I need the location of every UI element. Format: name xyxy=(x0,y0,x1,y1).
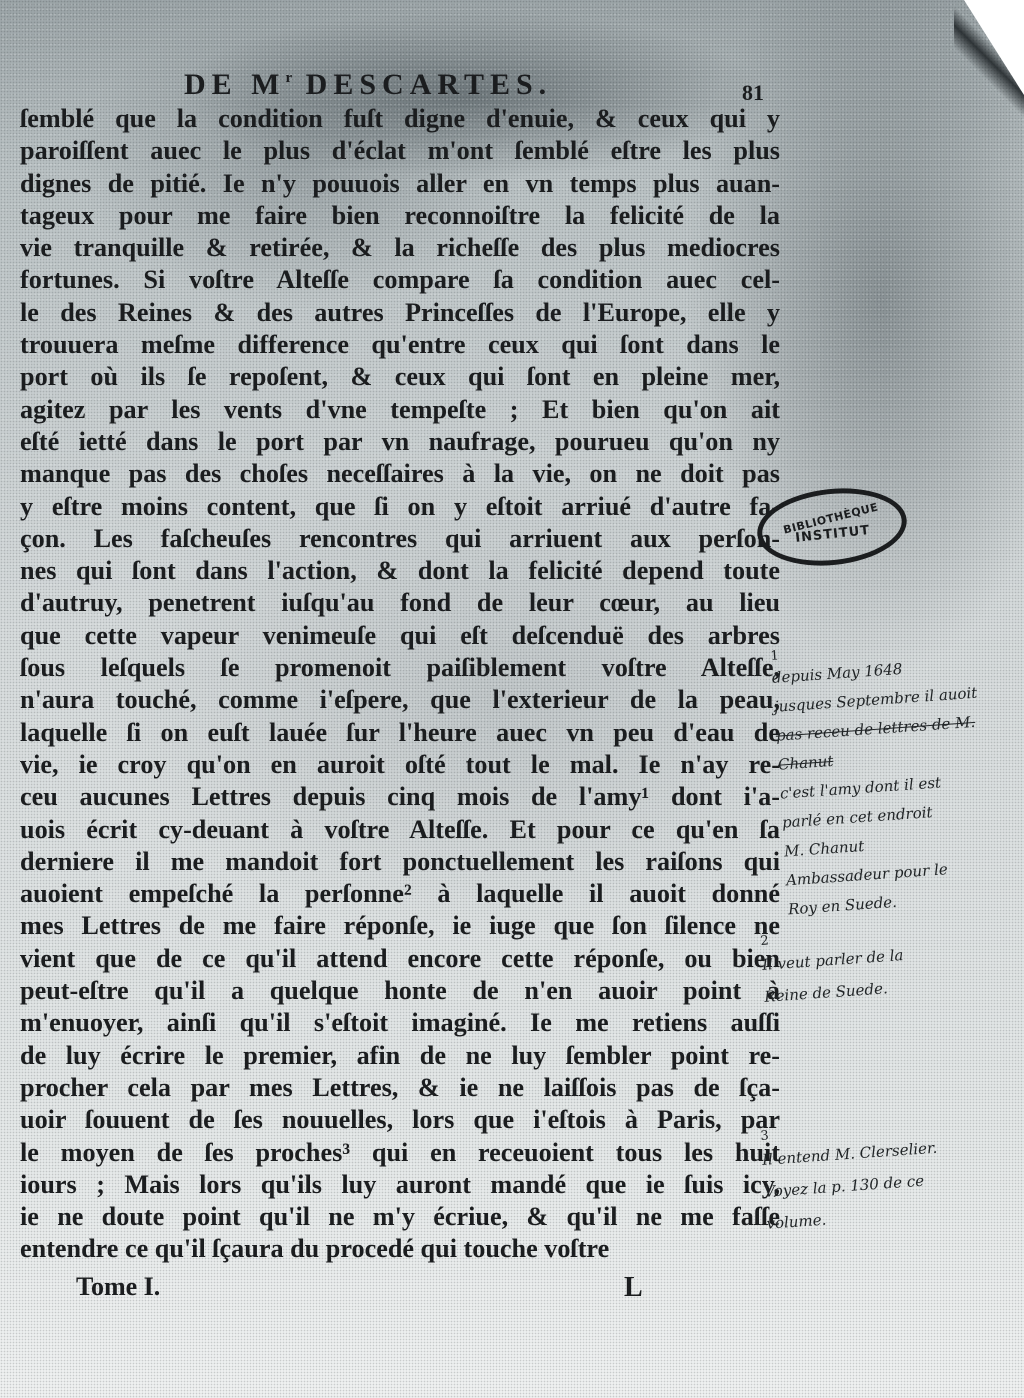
torn-corner xyxy=(964,0,1024,95)
text-line: iours ; Mais lors qu'ils luy auront mand… xyxy=(20,1169,780,1201)
running-head-text: DE M xyxy=(184,68,286,101)
text-line: que cette vapeur venimeuſe qui eſt deſce… xyxy=(20,620,780,652)
text-line: vie tranquille & retirée, & la richeſſe … xyxy=(20,232,780,264)
text-line: d'autruy, penetrent iuſqu'au fond de leu… xyxy=(20,587,780,619)
text-line: manque pas des choſes neceſſaires à la v… xyxy=(20,458,780,490)
text-line: peut-eſtre qu'il a quelque honte de n'en… xyxy=(20,975,780,1007)
text-line: eſté ietté dans le port par vn naufrage,… xyxy=(20,426,780,458)
running-head-rest: DESCARTES. xyxy=(292,68,552,101)
margin-note-3: 3 Il entend M. Clerselier. Voyez la p. 1… xyxy=(760,1112,1024,1240)
text-line: ceu aucunes Lettres depuis cinq mois de … xyxy=(20,781,780,813)
text-line: procher cela par mes Lettres, & ie ne la… xyxy=(20,1072,780,1104)
text-line: vient que de ce qu'il attend encore cett… xyxy=(20,943,780,975)
text-line: tageux pour me faire bien reconnoiſtre l… xyxy=(20,200,780,232)
text-line: fortunes. Si voſtre Alteſſe compare ſa c… xyxy=(20,264,780,296)
text-line: ie ne doute point qu'il ne m'y écriue, &… xyxy=(20,1201,780,1233)
text-line: uoir ſouuent de ſes nouuelles, lors que … xyxy=(20,1104,780,1136)
text-line: nes qui ſont dans l'action, & dont la fe… xyxy=(20,555,780,587)
text-line: n'aura touché, comme i'eſpere, que l'ext… xyxy=(20,684,780,716)
text-line: derniere il me mandoit fort ponctuelleme… xyxy=(20,846,780,878)
text-line: auoient empeſché la perſonne² à laquelle… xyxy=(20,878,780,910)
margin-note-1: 1 depuis May 1648 jusques Septembre il a… xyxy=(770,633,1024,925)
text-line: de luy écrire le premier, afin de ne luy… xyxy=(20,1040,780,1072)
text-line: vie, ie croy qu'on en auroit oſté tout l… xyxy=(20,749,780,781)
text-line: ſemblé que la condition fuſt digne d'enu… xyxy=(20,103,780,135)
text-line: agitez par les vents d'vne tempeſte ; Et… xyxy=(20,394,780,426)
text-line: port où ils ſe repoſent, & ceux qui ſont… xyxy=(20,361,780,393)
text-line: dignes de pitié. Ie n'y pouuois aller en… xyxy=(20,168,780,200)
text-line: entendre ce qu'il ſçaura du procedé qui … xyxy=(20,1233,780,1265)
text-line: le des Reines & des autres Princeſſes de… xyxy=(20,297,780,329)
running-head: DE Mr DESCARTES. xyxy=(184,68,552,102)
text-line: çon. Les faſcheuſes rencontres qui arriu… xyxy=(20,523,780,555)
body-text: ſemblé que la condition fuſt digne d'enu… xyxy=(20,103,780,1266)
text-line: paroiſſent auec le plus d'éclat m'ont ſe… xyxy=(20,135,780,167)
text-line: le moyen de ſes proches³ qui en receuoie… xyxy=(20,1137,780,1169)
text-line: m'enuoyer, ainſi qu'il s'eſtoit imaginé.… xyxy=(20,1007,780,1039)
text-line: laquelle ſi on euſt lauée ſur l'heure au… xyxy=(20,717,780,749)
text-line: mes Lettres de me faire réponſe, ie iuge… xyxy=(20,910,780,942)
text-line: uois écrit cy-deuant à voſtre Alteſſe. E… xyxy=(20,814,780,846)
text-line: trouuera meſme difference qu'entre ceux … xyxy=(20,329,780,361)
text-line: y eſtre moins content, que ſi on y eſtoi… xyxy=(20,491,780,523)
signature-mark: L xyxy=(624,1272,643,1304)
text-line: ſous leſquels ſe promenoit paiſiblement … xyxy=(20,652,780,684)
footer-volume: Tome I. xyxy=(76,1272,160,1302)
